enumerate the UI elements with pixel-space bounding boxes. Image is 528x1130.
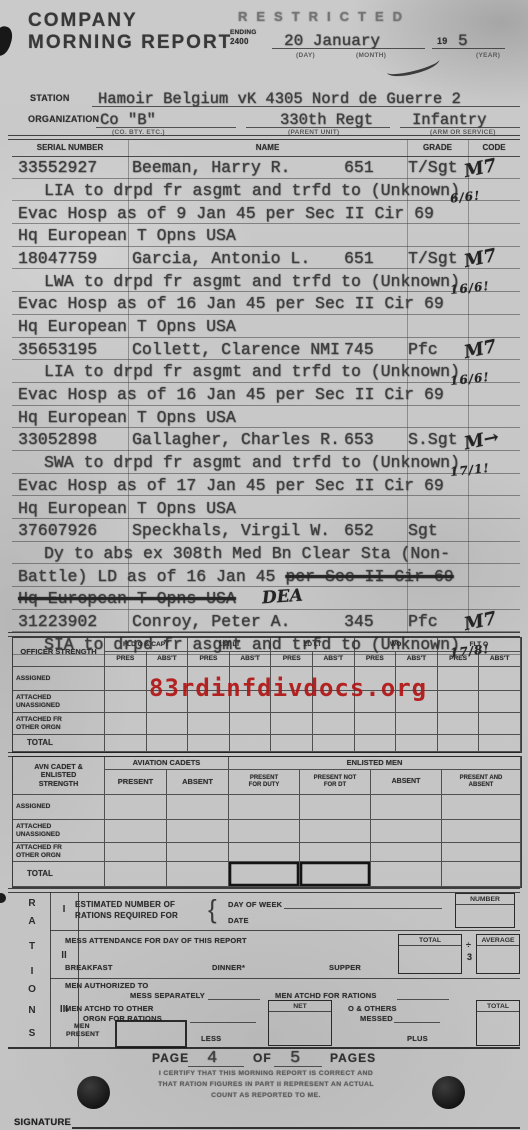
- table-cell: [442, 862, 521, 887]
- roster-row: Hq European T Opns USA DEA: [12, 587, 520, 610]
- morning-report-scan: COMPANY MORNING REPORT RESTRICTED ENDING…: [0, 0, 528, 1130]
- spec-number: 653: [344, 432, 374, 449]
- men-label: MEN: [74, 1023, 90, 1030]
- orgn-rations-underline: [190, 1022, 256, 1023]
- total-box-label: TOTAL: [399, 935, 461, 946]
- group-fldo-capt: FLD O & CAPT: [105, 638, 188, 652]
- roster-row: 33552927 Beeman, Harry R. 651 T/Sgt M7: [12, 156, 520, 179]
- sub-abst: ABS'T: [313, 652, 355, 667]
- total-box-ii: TOTAL: [398, 934, 462, 974]
- roster-row: Hq European T Opns USA: [12, 224, 520, 247]
- net-box: NET: [268, 1000, 332, 1046]
- table-cell: [371, 820, 442, 843]
- rations-i-label1: ESTIMATED NUMBER OF: [75, 900, 175, 909]
- rations-bottom-rule: [8, 1047, 520, 1049]
- col-name: NAME: [128, 139, 407, 156]
- officer-strength-corner: OFFICER STRENGTH: [13, 638, 105, 667]
- ending-label: ENDING: [230, 29, 256, 36]
- entry-line-struck: per Sec II Cir 69: [285, 567, 453, 586]
- group-aviation-cadets: AVIATION CADETS: [105, 757, 229, 770]
- table-cell: [396, 713, 438, 735]
- row-assigned: ASSIGNED: [13, 795, 105, 820]
- certification-text: I CERTIFY THAT THIS MORNING REPORT IS CO…: [130, 1068, 402, 1101]
- grade-value: T/Sgt: [408, 160, 458, 177]
- cert-line-2: THAT RATION FIGURES IN PART II REPRESENT…: [130, 1079, 402, 1090]
- serial-number: 18047759: [18, 251, 97, 268]
- roster-row: 33052898 Gallagher, Charles R. 653 S.Sgt…: [12, 428, 520, 451]
- restricted-stamp: RESTRICTED: [238, 9, 411, 24]
- entry-line: Hq European T Opns USA: [18, 501, 236, 518]
- roster-row: 31223902 Conroy, Peter A. 345 Pfc M7: [12, 610, 520, 633]
- row-attached-unassigned: ATTACHED UNASSIGNED: [13, 820, 105, 843]
- handwritten-correction: DEA: [261, 585, 303, 608]
- entry-line: Battle) LD as of 16 Jan 45 per Sec II Ci…: [18, 569, 454, 586]
- sub-abst: ABS'T: [479, 652, 521, 667]
- mess-separately-underline: [208, 999, 260, 1000]
- rations-letter: N: [24, 1005, 40, 1016]
- entry-line: Evac Hosp as of 9 Jan 45 per Sec II Cir …: [18, 206, 434, 223]
- number-box: NUMBER: [455, 893, 515, 928]
- sub-present-not-for-dt: PRESENT NOT FOR DT: [300, 770, 371, 795]
- sub-pres: PRES: [438, 652, 480, 667]
- roster-row: 18047759 Garcia, Antonio L. 651 T/Sgt M7: [12, 247, 520, 270]
- group-1st-lt: 1ST LT: [188, 638, 271, 652]
- table-cell: [313, 713, 355, 735]
- men-atchd-for-rations-label: MEN ATCHD FOR RATIONS: [275, 991, 377, 1000]
- roster-row: Dy to abs ex 308th Med Bn Clear Sta (Non…: [12, 542, 520, 565]
- roster-row: LIA to drpd fr asgmt and trfd to (Unknow…: [12, 179, 520, 202]
- rations-vline-1: [50, 892, 51, 1047]
- net-box-label: NET: [269, 1001, 331, 1012]
- year-printed: 19: [437, 36, 447, 46]
- divide-three: 3: [467, 952, 472, 962]
- handwritten-insertion-mark: [385, 52, 441, 81]
- table-cell: [371, 862, 442, 887]
- day-of-week-underline: [284, 908, 442, 909]
- table-cell: [300, 843, 371, 862]
- sub-absent: ABSENT: [371, 770, 442, 795]
- plus-label: PLUS: [407, 1034, 428, 1043]
- spec-number: 745: [344, 342, 374, 359]
- table-cell: [105, 735, 147, 752]
- supper-label: SUPPER: [329, 963, 361, 972]
- grade-value: Pfc: [408, 614, 438, 631]
- table-cell-boxed: [229, 862, 300, 887]
- mess-attendance-label: MESS ATTENDANCE FOR DAY OF THIS REPORT: [65, 936, 247, 945]
- table-cell: [479, 667, 521, 691]
- mess-separately-label: MESS SEPARATELY: [130, 991, 205, 1000]
- serial-number: 33052898: [18, 432, 97, 449]
- roster-row: 37607926 Speckhals, Virgil W. 652 Sgt: [12, 519, 520, 542]
- entry-line: LWA to drpd fr asgmt and trfd to (Unknow…: [44, 274, 460, 291]
- table-cell: [371, 795, 442, 820]
- men-present-box: [115, 1020, 187, 1048]
- table-cell: [229, 795, 300, 820]
- group-enlisted-men: ENLISTED MEN: [229, 757, 521, 770]
- table-cell: [188, 713, 230, 735]
- table-cell: [167, 862, 229, 887]
- entry-line: LIA to drpd fr asgmt and trfd to (Unknow…: [44, 183, 460, 200]
- page-label: PAGE: [152, 1051, 189, 1065]
- rations-letter: S: [24, 1028, 40, 1039]
- date-value: 20 January: [284, 32, 380, 50]
- dinner-label: DINNER*: [212, 963, 245, 972]
- group-2d-lt: 2D LT: [271, 638, 354, 652]
- grade-value: Pfc: [408, 342, 438, 359]
- table-cell-boxed: [300, 862, 371, 887]
- table-cell: [442, 843, 521, 862]
- rations-letter: T: [24, 941, 40, 952]
- breakfast-label: BREAKFAST: [65, 963, 113, 972]
- table-cell: [300, 795, 371, 820]
- ending-time: 2400: [230, 37, 249, 46]
- roster-row: SWA to drpd fr asgmt and trfd to (Unknow…: [12, 451, 520, 474]
- table-cell: [105, 843, 167, 862]
- sub-abst: ABS'T: [147, 652, 189, 667]
- entry-line: Hq European T Opns USA: [18, 228, 236, 245]
- table-cell: [105, 795, 167, 820]
- soldier-name: Collett, Clarence NMI: [132, 342, 340, 359]
- rations-letter: A: [24, 916, 40, 927]
- table-cell: [438, 667, 480, 691]
- form-title-line1: COMPANY: [28, 10, 138, 32]
- col-grade: GRADE: [407, 139, 468, 156]
- table-cell: [147, 713, 189, 735]
- row-assigned: ASSIGNED: [13, 667, 105, 691]
- entry-line-normal: Battle) LD as of 16 Jan 45: [18, 567, 285, 586]
- soldier-name: Gallagher, Charles R.: [132, 432, 340, 449]
- spec-number: 651: [344, 251, 374, 268]
- signature-line: [72, 1127, 520, 1129]
- org-company-value: Co "B": [100, 111, 156, 129]
- average-box: AVERAGE: [476, 934, 520, 974]
- sub-present-and-absent: PRESENT AND ABSENT: [442, 770, 521, 795]
- entry-line: Hq European T Opns USA: [18, 591, 236, 608]
- row-total: TOTAL: [13, 735, 105, 752]
- table-cell: [230, 713, 272, 735]
- month-label: (MONTH): [356, 52, 386, 59]
- entry-line: Hq European T Opns USA: [18, 319, 236, 336]
- of-label: OF: [253, 1051, 272, 1065]
- sub-pres: PRES: [355, 652, 397, 667]
- table-cell: [300, 820, 371, 843]
- section-i-numeral: I: [56, 904, 72, 915]
- soldier-name: Conroy, Peter A.: [132, 614, 290, 631]
- punch-hole-left: [77, 1076, 110, 1109]
- table-cell: [167, 820, 229, 843]
- table-cell: [479, 735, 521, 752]
- rations-hline-2: [50, 978, 520, 979]
- sub-abst: ABS'T: [396, 652, 438, 667]
- soldier-name: Garcia, Antonio L.: [132, 251, 310, 268]
- rations-hline-1: [50, 930, 520, 931]
- org-arm-value: Infantry: [412, 111, 486, 129]
- table-cell: [229, 843, 300, 862]
- serial-number: 37607926: [18, 523, 97, 540]
- entry-line-struck: Hq European T Opns USA: [18, 589, 236, 608]
- roster-row: Hq European T Opns USA: [12, 496, 520, 519]
- table-cell: [355, 713, 397, 735]
- table-cell: [271, 713, 313, 735]
- sub-cadet-absent: ABSENT: [167, 770, 229, 795]
- scan-dot-left-edge: [0, 893, 6, 903]
- table-cell: [229, 820, 300, 843]
- roster-row: Evac Hosp as of 9 Jan 45 per Sec II Cir …: [12, 201, 520, 224]
- day-label: (DAY): [296, 52, 315, 59]
- table-cell: [438, 735, 480, 752]
- scan-smudge-top-left: [0, 24, 15, 58]
- table-cell: [442, 820, 521, 843]
- table-cell: [442, 795, 521, 820]
- cert-line-1: I CERTIFY THAT THIS MORNING REPORT IS CO…: [130, 1068, 402, 1079]
- table-cell: [105, 691, 147, 713]
- org-unit-value: 330th Regt: [280, 111, 373, 129]
- grade-value: S.Sgt: [408, 432, 458, 449]
- sub-cadet-present: PRESENT: [105, 770, 167, 795]
- table-cell: [147, 735, 189, 752]
- entry-line: Evac Hosp as of 16 Jan 45 per Sec II Cir…: [18, 296, 444, 313]
- table-cell: [355, 735, 397, 752]
- table-cell: [230, 735, 272, 752]
- entry-line: Hq European T Opns USA: [18, 410, 236, 427]
- table-cell: [105, 667, 147, 691]
- sub-pres: PRES: [105, 652, 147, 667]
- table-cell: [479, 691, 521, 713]
- table-cell: [167, 843, 229, 862]
- pages-label: PAGES: [330, 1051, 376, 1065]
- station-value: Hamoir Belgium vK 4305 Nord de Guerre 2: [98, 90, 461, 108]
- serial-number: 35653195: [18, 342, 97, 359]
- total-box-label: TOTAL: [477, 1001, 519, 1012]
- grade-value: T/Sgt: [408, 251, 458, 268]
- messed-label: MESSED: [360, 1014, 393, 1023]
- table-cell: [105, 820, 167, 843]
- rations-letter: R: [24, 898, 40, 909]
- table-cell: [313, 735, 355, 752]
- row-attached-fr-other-orgn: ATTACHED FR OTHER ORGN: [13, 843, 105, 862]
- roster-row: Evac Hosp as of 16 Jan 45 per Sec II Cir…: [12, 383, 520, 406]
- row-total: TOTAL: [13, 862, 105, 887]
- entry-line: Evac Hosp as of 17 Jan 45 per Sec II Cir…: [18, 478, 444, 495]
- rations-letter: O: [24, 984, 40, 995]
- roster-row: LIA to drpd fr asgmt and trfd to (Unknow…: [12, 360, 520, 383]
- page-number: 4: [207, 1049, 217, 1068]
- brace: {: [208, 894, 217, 925]
- divide-sign: ÷: [466, 940, 471, 950]
- year-underline: [432, 48, 505, 49]
- signature-label: SIGNATURE: [14, 1117, 71, 1128]
- table-cell: [188, 735, 230, 752]
- table-cell: [167, 795, 229, 820]
- form-title-line2: MORNING REPORT: [28, 32, 232, 54]
- men-authorized-label: MEN AUTHORIZED TO: [65, 981, 148, 990]
- table-cell: [271, 735, 313, 752]
- soldier-name: Speckhals, Virgil W.: [132, 523, 330, 540]
- table-cell: [105, 713, 147, 735]
- roster-row: LWA to drpd fr asgmt and trfd to (Unknow…: [12, 269, 520, 292]
- men-atchd-underline: [397, 999, 449, 1000]
- table-cell: [479, 713, 521, 735]
- cert-line-3: COUNT AS REPORTED TO ME.: [130, 1090, 402, 1101]
- row-attached-unassigned: ATTACHED UNASSIGNED: [13, 691, 105, 713]
- punch-hole-right: [432, 1076, 465, 1109]
- col-code: CODE: [468, 139, 520, 156]
- o-and-others-label: O & OTHERS: [348, 1004, 397, 1013]
- table-cell: [438, 713, 480, 735]
- rations-section: R A T I O N S I ESTIMATED NUMBER OF RATI…: [12, 892, 520, 1047]
- entry-line: Dy to abs ex 308th Med Bn Clear Sta (Non…: [44, 546, 450, 563]
- soldier-name: Beeman, Harry R.: [132, 160, 290, 177]
- present-label: PRESENT: [66, 1031, 100, 1038]
- cadet-enlisted-table: AVN CADET & ENLISTED STRENGTH AVIATION C…: [12, 756, 522, 888]
- roster-row: Battle) LD as of 16 Jan 45 per Sec II Ci…: [12, 564, 520, 587]
- spec-number: 652: [344, 523, 374, 540]
- roster-row: Hq European T Opns USA: [12, 406, 520, 429]
- col-serial-number: SERIAL NUMBER: [12, 139, 128, 156]
- roster: 33552927 Beeman, Harry R. 651 T/Sgt M7 L…: [12, 156, 520, 655]
- roster-row: Hq European T Opns USA: [12, 315, 520, 338]
- organization-label: ORGANIZATION: [28, 114, 99, 124]
- entry-line: Evac Hosp as of 16 Jan 45 per Sec II Cir…: [18, 387, 444, 404]
- average-box-label: AVERAGE: [477, 935, 519, 946]
- spec-number: 651: [344, 160, 374, 177]
- table-cell: [438, 691, 480, 713]
- section-ii-numeral: II: [56, 950, 72, 961]
- group-flt-o: FLT O: [438, 638, 521, 652]
- rations-letter: I: [24, 966, 40, 977]
- table-cell: [396, 735, 438, 752]
- roster-row: Evac Hosp as of 17 Jan 45 per Sec II Cir…: [12, 474, 520, 497]
- less-label: LESS: [201, 1034, 221, 1043]
- sub-present-for-duty: PRESENT FOR DUTY: [229, 770, 300, 795]
- serial-number: 33552927: [18, 160, 97, 177]
- men-atchd-other-label: MEN ATCHD TO OTHER: [65, 1004, 153, 1013]
- roster-row: Evac Hosp as of 16 Jan 45 per Sec II Cir…: [12, 292, 520, 315]
- date-label: DATE: [228, 916, 249, 925]
- messed-underline: [394, 1022, 440, 1023]
- year-label: (YEAR): [476, 52, 500, 59]
- pages-number: 5: [290, 1049, 300, 1068]
- total-box-iii: TOTAL: [476, 1000, 520, 1046]
- cadet-corner: AVN CADET & ENLISTED STRENGTH: [13, 757, 105, 795]
- sub-pres: PRES: [271, 652, 313, 667]
- station-label: STATION: [30, 93, 70, 103]
- number-box-label: NUMBER: [456, 894, 514, 905]
- serial-number: 31223902: [18, 614, 97, 631]
- entry-line: LIA to drpd fr asgmt and trfd to (Unknow…: [44, 364, 460, 381]
- sub-abst: ABS'T: [230, 652, 272, 667]
- watermark: 83rdinfdivdocs.org: [149, 674, 427, 702]
- sub-pres: PRES: [188, 652, 230, 667]
- entry-line: SWA to drpd fr asgmt and trfd to (Unknow…: [44, 455, 460, 472]
- rations-i-label2: RATIONS REQUIRED FOR: [75, 911, 178, 920]
- table-cell: [105, 862, 167, 887]
- year-typed: 5: [458, 32, 468, 50]
- group-wo: WO: [355, 638, 438, 652]
- day-of-week-label: DAY OF WEEK: [228, 900, 282, 909]
- table-cell: [371, 843, 442, 862]
- roster-header: SERIAL NUMBER NAME GRADE CODE: [12, 139, 520, 157]
- row-attached-fr-other-orgn: ATTACHED FR OTHER ORGN: [13, 713, 105, 735]
- roster-row: 35653195 Collett, Clarence NMI 745 Pfc M…: [12, 338, 520, 361]
- spec-number: 345: [344, 614, 374, 631]
- grade-value: Sgt: [408, 523, 438, 540]
